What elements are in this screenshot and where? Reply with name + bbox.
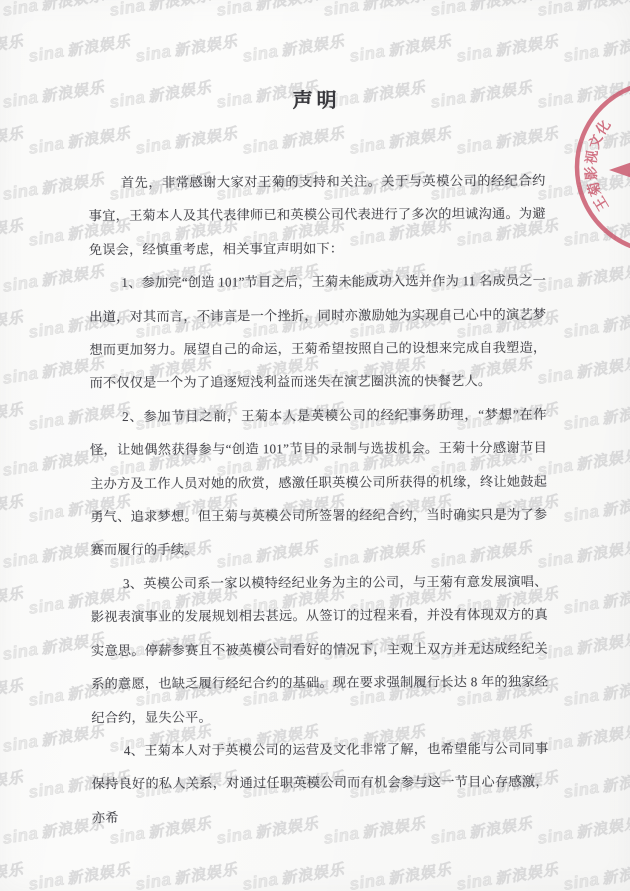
watermark-label: 新浪娱乐 [575, 723, 630, 750]
watermark-label: 新浪娱乐 [601, 401, 630, 428]
watermark-label: 新浪娱乐 [0, 677, 25, 704]
watermark-label: 新浪娱乐 [0, 769, 25, 796]
sina-watermark: sina新浪娱乐 [536, 812, 630, 849]
watermark-label: 新浪娱乐 [173, 33, 239, 60]
sina-watermark: sina新浪娱乐 [1, 812, 106, 849]
statement-title: 声明 [88, 83, 545, 114]
sina-watermark: sina新浪娱乐 [562, 766, 630, 803]
sina-watermark: sina新浪娱乐 [562, 490, 630, 527]
sina-logo: sina [562, 870, 601, 891]
watermark-label: 新浪娱乐 [254, 0, 320, 14]
sina-logo: sina [1, 732, 40, 756]
seal-character: 影 [582, 166, 599, 181]
sina-logo: sina [348, 870, 387, 891]
sina-logo: sina [27, 42, 66, 66]
sina-watermark: sina新浪娱乐 [562, 122, 630, 159]
sina-watermark: sina新浪娱乐 [562, 30, 630, 67]
sina-logo: sina [27, 778, 66, 802]
watermark-label: 新浪娱乐 [361, 0, 427, 14]
sina-watermark: sina新浪娱乐 [241, 858, 346, 891]
sina-watermark: sina新浪娱乐 [536, 628, 630, 665]
sina-watermark: sina新浪娱乐 [1, 0, 106, 21]
sina-logo: sina [27, 410, 66, 434]
sina-watermark: sina新浪娱乐 [536, 76, 630, 113]
sina-watermark: sina新浪娱乐 [0, 122, 25, 159]
statement-paragraph: 3、英模公司系一家以模特经纪业务为主的公司，与王菊有意发展演唱、影视表演事业的发… [91, 565, 549, 734]
watermark-label: 新浪娱乐 [601, 217, 630, 244]
star-icon [609, 126, 630, 213]
watermark-label: 新浪娱乐 [575, 0, 630, 14]
watermark-label: 新浪娱乐 [575, 355, 630, 382]
seal-character: 王 [590, 194, 611, 214]
watermark-label: 新浪娱乐 [601, 677, 630, 704]
sina-watermark: sina新浪娱乐 [108, 0, 213, 21]
red-seal-stamp: 王菊影视文化 [552, 57, 630, 279]
sina-logo: sina [1, 640, 40, 664]
statement-body: 声明 首先，非常感谢大家对王菊的支持和关注。关于与英模公司的经纪合约事宜，王菊本… [88, 83, 549, 835]
watermark-label: 新浪娱乐 [601, 493, 630, 520]
seal-arc-text: 王菊影视文化 [582, 117, 613, 214]
statement-paragraph: 2、参加节目之前，王菊本人是英模公司的经纪事务助理，“梦想”在作怪，让她偶然获得… [90, 398, 548, 567]
sina-logo: sina [562, 42, 601, 66]
sina-logo: sina [108, 0, 147, 20]
sina-watermark: sina新浪娱乐 [27, 858, 132, 891]
sina-logo: sina [1, 364, 40, 388]
sina-watermark: sina新浪娱乐 [536, 168, 630, 205]
watermark-label: 新浪娱乐 [601, 861, 630, 888]
sina-logo: sina [322, 0, 361, 20]
sina-watermark: sina新浪娱乐 [348, 858, 453, 891]
statement-paragraph: 1、参加完“创造 101”节目之后，王菊未能成功入选并作为 11 名成员之一出道… [89, 264, 547, 400]
sina-logo: sina [27, 502, 66, 526]
watermark-label: 新浪娱乐 [0, 401, 25, 428]
sina-logo: sina [1, 0, 40, 20]
sina-logo: sina [27, 594, 66, 618]
sina-logo: sina [27, 226, 66, 250]
sina-logo: sina [429, 0, 468, 20]
watermark-label: 新浪娱乐 [601, 125, 630, 152]
seal-character: 视 [582, 149, 600, 166]
sina-logo: sina [536, 0, 575, 20]
sina-watermark: sina新浪娱乐 [0, 674, 25, 711]
sina-watermark: sina新浪娱乐 [241, 30, 346, 67]
sina-watermark: sina新浪娱乐 [562, 214, 630, 251]
sina-watermark: sina新浪娱乐 [536, 536, 630, 573]
sina-logo: sina [134, 870, 173, 891]
sina-watermark: sina新浪娱乐 [562, 306, 630, 343]
sina-logo: sina [1, 88, 40, 112]
watermark-label: 新浪娱乐 [494, 33, 560, 60]
sina-logo: sina [562, 134, 601, 158]
watermark-label: 新浪娱乐 [0, 493, 25, 520]
watermark-label: 新浪娱乐 [0, 217, 25, 244]
watermark-label: 新浪娱乐 [0, 309, 25, 336]
sina-logo: sina [1, 272, 40, 296]
sina-watermark: sina新浪娱乐 [0, 398, 25, 435]
sina-logo: sina [1, 548, 40, 572]
sina-watermark: sina新浪娱乐 [536, 444, 630, 481]
sina-logo: sina [27, 686, 66, 710]
sina-watermark: sina新浪娱乐 [348, 30, 453, 67]
seal-character: 文 [585, 132, 605, 151]
sina-watermark: sina新浪娱乐 [536, 260, 630, 297]
sina-watermark: sina新浪娱乐 [562, 674, 630, 711]
watermark-label: 新浪娱乐 [601, 585, 630, 612]
sina-watermark: sina新浪娱乐 [322, 0, 427, 21]
sina-watermark: sina新浪娱乐 [0, 858, 25, 891]
sina-logo: sina [1, 180, 40, 204]
sina-watermark: sina新浪娱乐 [0, 306, 25, 343]
watermark-label: 新浪娱乐 [173, 861, 239, 888]
watermark-label: 新浪娱乐 [280, 861, 346, 888]
sina-watermark: sina新浪娱乐 [562, 582, 630, 619]
sina-watermark: sina新浪娱乐 [0, 214, 25, 251]
watermark-label: 新浪娱乐 [387, 33, 453, 60]
sina-logo: sina [562, 318, 601, 342]
watermark-label: 新浪娱乐 [575, 263, 630, 290]
sina-watermark: sina新浪娱乐 [536, 352, 630, 389]
sina-watermark: sina新浪娱乐 [0, 30, 25, 67]
watermark-label: 新浪娱乐 [280, 33, 346, 60]
sina-watermark: sina新浪娱乐 [455, 30, 560, 67]
watermark-label: 新浪娱乐 [66, 33, 132, 60]
watermark-label: 新浪娱乐 [0, 33, 25, 60]
sina-watermark: sina新浪娱乐 [27, 30, 132, 67]
sina-logo: sina [562, 686, 601, 710]
sina-watermark: sina新浪娱乐 [0, 582, 25, 619]
sina-logo: sina [27, 134, 66, 158]
sina-watermark: sina新浪娱乐 [562, 398, 630, 435]
sina-logo: sina [1, 824, 40, 848]
sina-logo: sina [562, 594, 601, 618]
sina-watermark: sina新浪娱乐 [215, 0, 320, 21]
seal-ring [577, 82, 630, 252]
watermark-label: 新浪娱乐 [387, 861, 453, 888]
watermark-label: 新浪娱乐 [468, 0, 534, 14]
watermark-label: 新浪娱乐 [601, 309, 630, 336]
watermark-label: 新浪娱乐 [601, 769, 630, 796]
watermark-label: 新浪娱乐 [66, 861, 132, 888]
sina-logo: sina [562, 778, 601, 802]
watermark-label: 新浪娱乐 [575, 631, 630, 658]
sina-watermark: sina新浪娱乐 [536, 720, 630, 757]
sina-watermark: sina新浪娱乐 [134, 858, 239, 891]
sina-logo: sina [562, 410, 601, 434]
watermark-label: 新浪娱乐 [0, 861, 25, 888]
sina-logo: sina [27, 870, 66, 891]
watermark-label: 新浪娱乐 [575, 447, 630, 474]
watermark-label: 新浪娱乐 [494, 861, 560, 888]
sina-logo: sina [134, 42, 173, 66]
watermark-label: 新浪娱乐 [601, 33, 630, 60]
seal-character: 菊 [584, 180, 604, 198]
sina-watermark: sina新浪娱乐 [536, 0, 630, 21]
sina-watermark: sina新浪娱乐 [0, 766, 25, 803]
statement-paragraph: 4、王菊本人对于英模公司的运营及文化非常了解，也希望能与公司同事保持良好的私人关… [91, 732, 549, 835]
document-page: sina新浪娱乐sina新浪娱乐sina新浪娱乐sina新浪娱乐sina新浪娱乐… [0, 0, 630, 891]
sina-watermark: sina新浪娱乐 [134, 30, 239, 67]
sina-logo: sina [215, 0, 254, 20]
watermark-label: 新浪娱乐 [0, 125, 25, 152]
sina-logo: sina [562, 502, 601, 526]
watermark-label: 新浪娱乐 [40, 0, 106, 14]
sina-logo: sina [455, 42, 494, 66]
sina-logo: sina [241, 870, 280, 891]
watermark-label: 新浪娱乐 [575, 815, 630, 842]
watermark-label: 新浪娱乐 [575, 79, 630, 106]
watermark-label: 新浪娱乐 [0, 585, 25, 612]
sina-watermark: sina新浪娱乐 [0, 490, 25, 527]
sina-logo: sina [348, 42, 387, 66]
sina-watermark: sina新浪娱乐 [562, 858, 630, 891]
sina-watermark: sina新浪娱乐 [455, 858, 560, 891]
watermark-label: 新浪娱乐 [575, 171, 630, 198]
sina-watermark: sina新浪娱乐 [1, 720, 106, 757]
sina-logo: sina [455, 870, 494, 891]
sina-logo: sina [27, 318, 66, 342]
seal-character: 化 [592, 117, 614, 138]
sina-logo: sina [241, 42, 280, 66]
watermark-label: 新浪娱乐 [575, 539, 630, 566]
sina-watermark: sina新浪娱乐 [429, 0, 534, 21]
watermark-label: 新浪娱乐 [147, 0, 213, 14]
statement-paragraph: 首先，非常感谢大家对王菊的支持和关注。关于与英模公司的经纪合约事宜，王菊本人及其… [88, 164, 546, 267]
sina-logo: sina [562, 226, 601, 250]
sina-logo: sina [1, 456, 40, 480]
